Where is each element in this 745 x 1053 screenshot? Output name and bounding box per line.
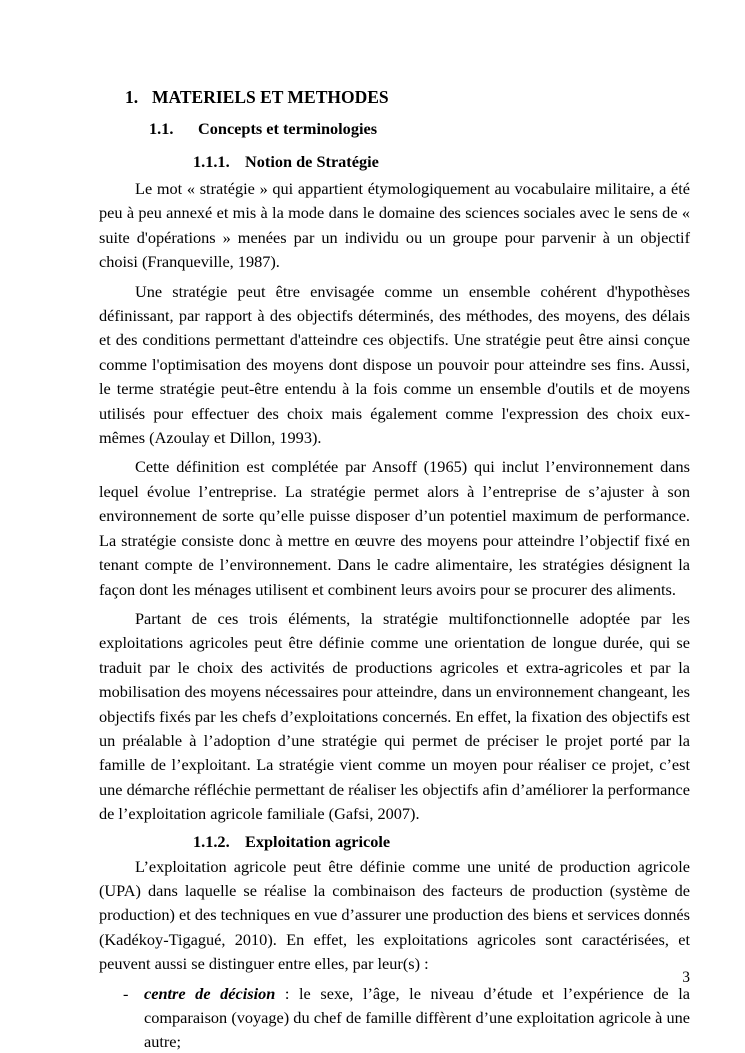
heading-number: 1.1.1. [193,152,245,172]
heading-text: Notion de Stratégie [245,152,379,171]
page-number: 3 [682,969,690,987]
paragraph-exploitation-agricole: L’exploitation agricole peut être défini… [99,855,690,977]
paragraph-strategie-ansoff: Cette définition est complétée par Ansof… [99,455,690,601]
list-item-term: centre de décision [144,984,275,1003]
list-item-text: centre de décision : le sexe, l’âge, le … [144,982,690,1053]
heading-text: MATERIELS ET METHODES [152,87,389,107]
page-content: 1.MATERIELS ET METHODES 1.1.Concepts et … [99,0,690,1053]
heading-exploitation-agricole: 1.1.2.Exploitation agricole [193,832,690,852]
heading-number: 1.1.2. [193,832,245,852]
heading-materiels-et-methodes: 1.MATERIELS ET METHODES [125,87,690,108]
document-page: 1.MATERIELS ET METHODES 1.1.Concepts et … [0,0,745,1053]
heading-concepts-et-terminologies: 1.1.Concepts et terminologies [149,119,690,139]
heading-number: 1. [125,87,152,108]
heading-number: 1.1. [149,119,198,139]
paragraph-strategie-definition-1: Le mot « stratégie » qui appartient étym… [99,177,690,275]
list-item-centre-de-decision: -centre de décision : le sexe, l’âge, le… [123,982,690,1053]
paragraph-strategie-multifonctionnelle: Partant de ces trois éléments, la straté… [99,607,690,827]
bullet-marker: - [123,982,144,1053]
heading-text: Concepts et terminologies [198,119,377,138]
paragraph-strategie-definition-2: Une stratégie peut être envisagée comme … [99,280,690,451]
heading-notion-de-strategie: 1.1.1.Notion de Stratégie [193,152,690,172]
heading-text: Exploitation agricole [245,832,390,851]
